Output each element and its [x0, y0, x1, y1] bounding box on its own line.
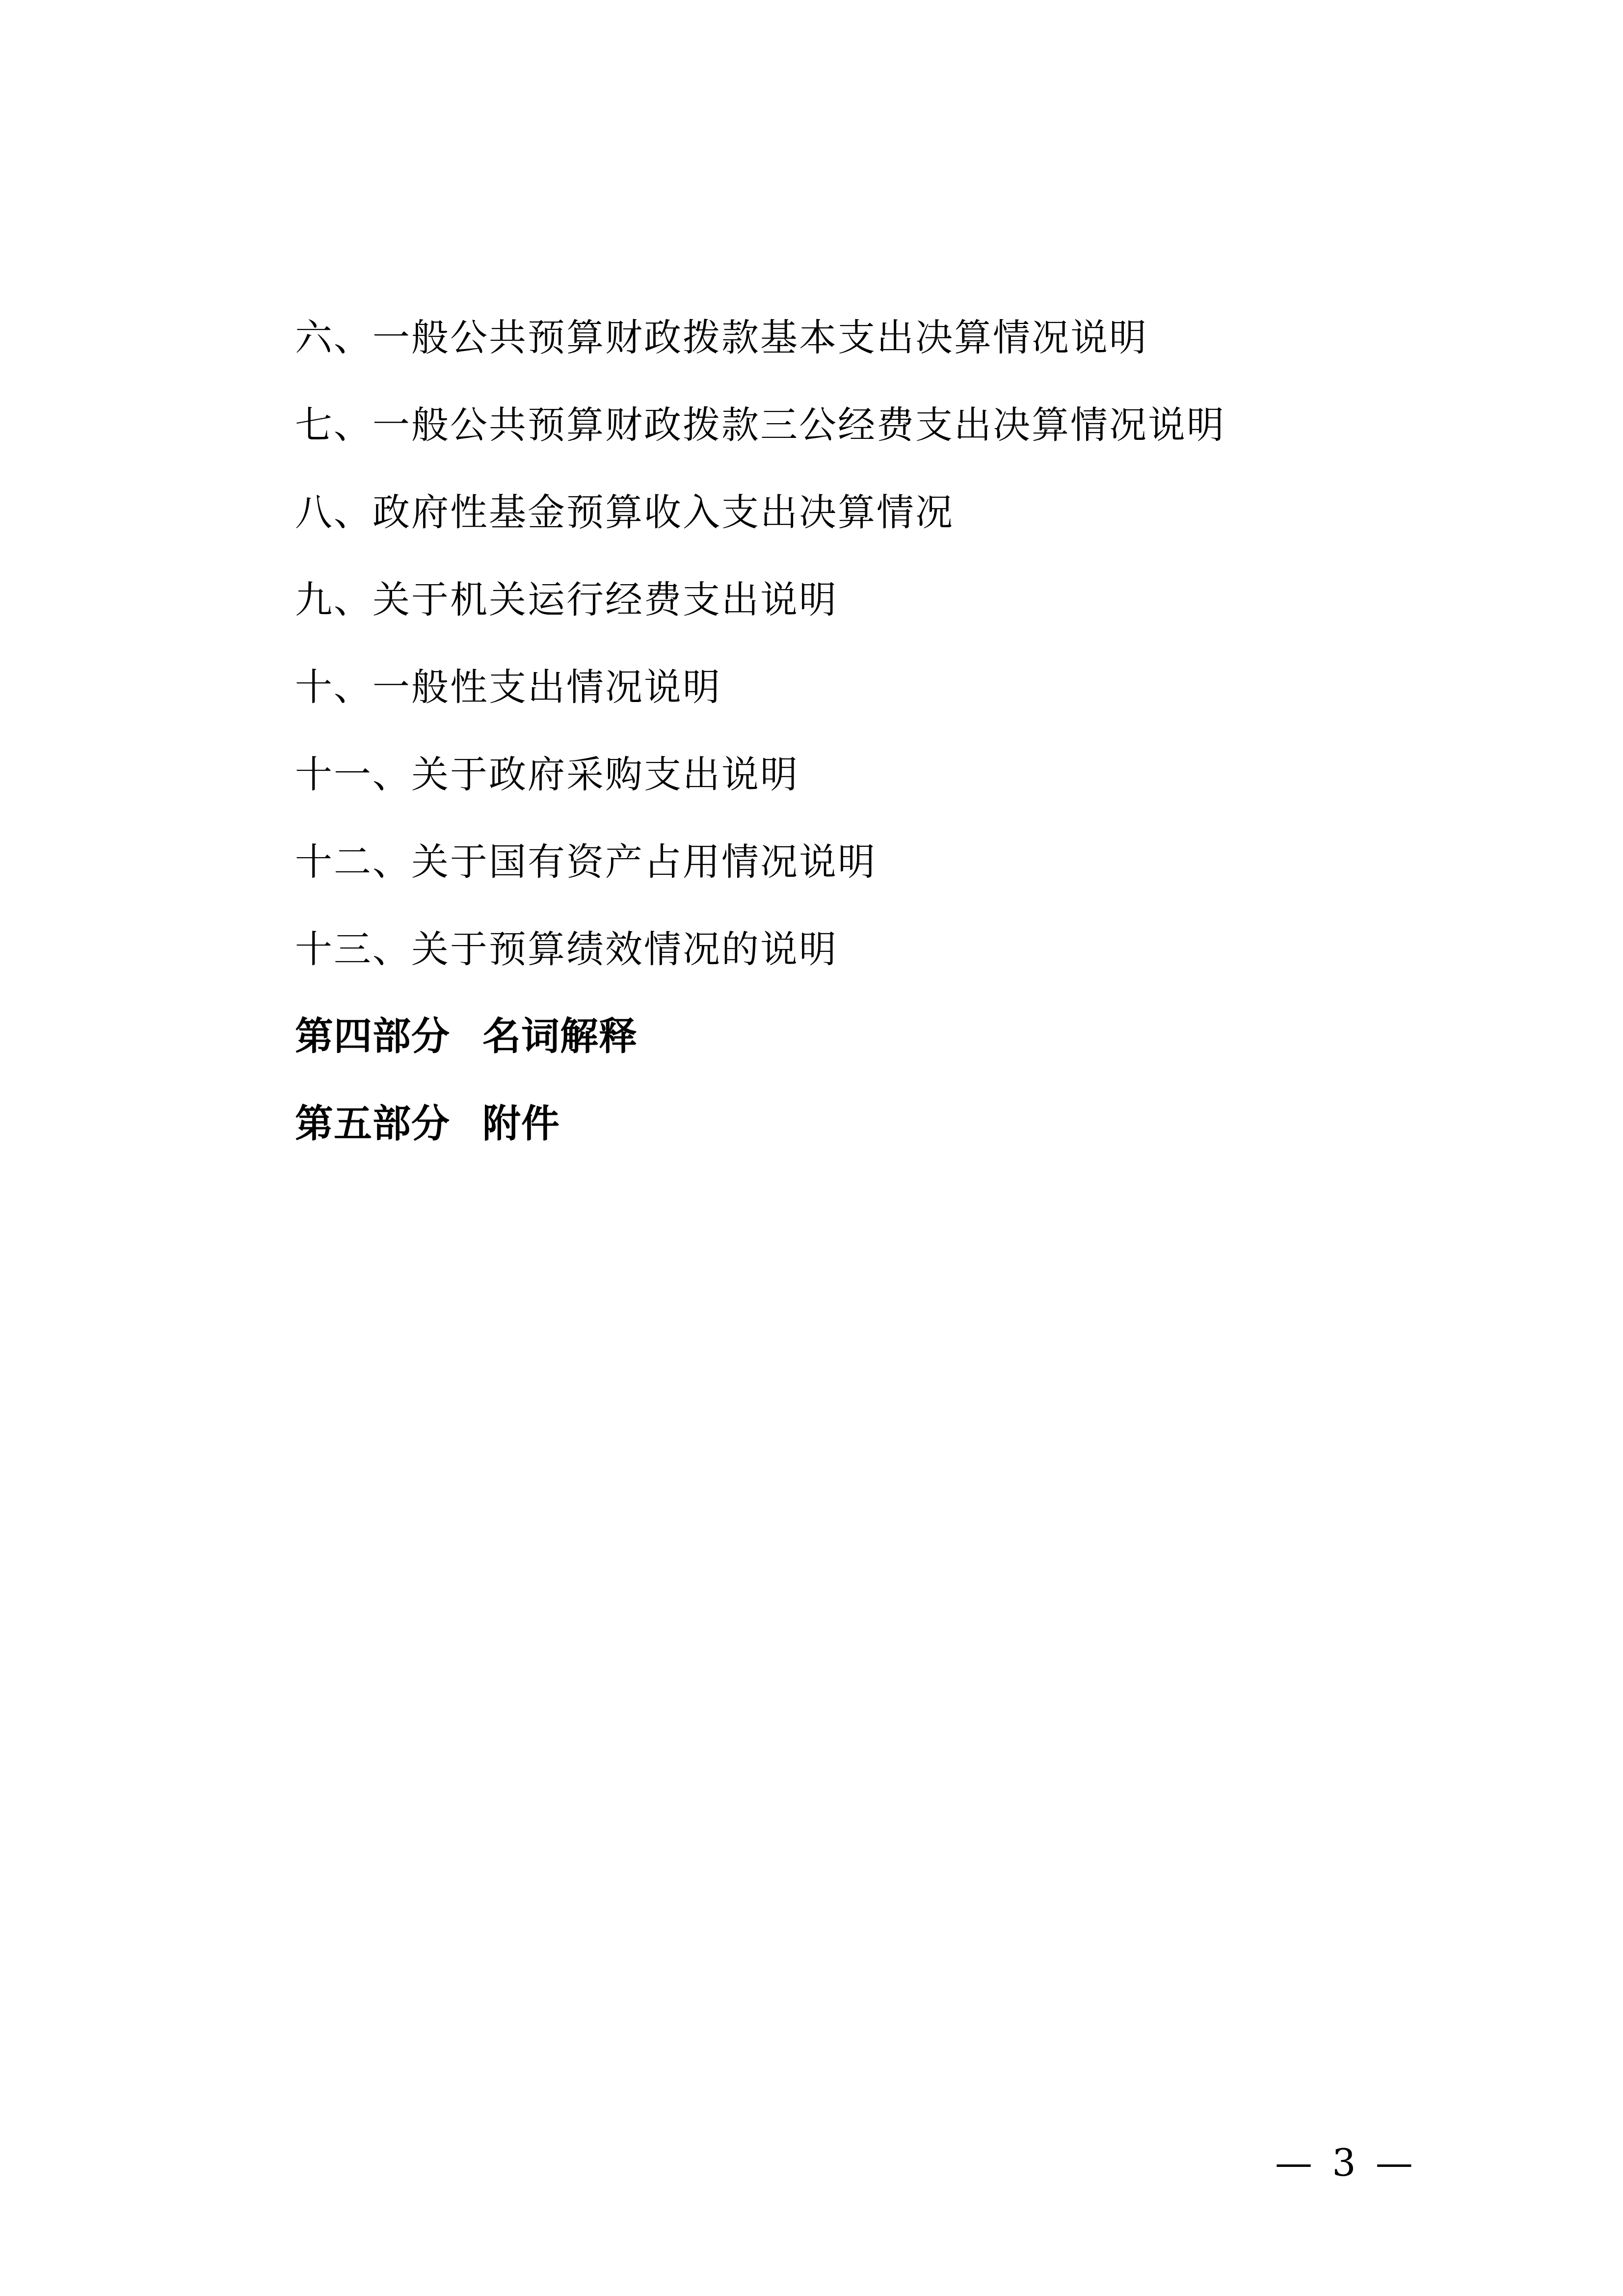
toc-item-6: 六、一般公共预算财政拨款基本支出决算情况说明 [295, 318, 1424, 357]
part-heading-4: 第四部分名词解释 [295, 1017, 1424, 1056]
toc-item-7: 七、一般公共预算财政拨款三公经费支出决算情况说明 [295, 405, 1424, 445]
table-of-contents: 六、一般公共预算财政拨款基本支出决算情况说明 七、一般公共预算财政拨款三公经费支… [295, 318, 1424, 1192]
part-5-spacer [450, 1136, 482, 1137]
toc-item-8: 八、政府性基金预算收入支出决算情况 [295, 493, 1424, 532]
toc-item-13: 十三、关于预算绩效情况的说明 [295, 930, 1424, 969]
part-4-spacer [450, 1049, 482, 1050]
part-5-title: 附件 [482, 1102, 560, 1146]
part-5-label: 第五部分 [295, 1102, 450, 1146]
document-page: 六、一般公共预算财政拨款基本支出决算情况说明 七、一般公共预算财政拨款三公经费支… [0, 0, 1623, 2296]
part-4-label: 第四部分 [295, 1015, 450, 1059]
toc-item-10: 十、一般性支出情况说明 [295, 668, 1424, 707]
toc-item-9: 九、关于机关运行经费支出说明 [295, 580, 1424, 620]
toc-item-12: 十二、关于国有资产占用情况说明 [295, 842, 1424, 882]
toc-item-11: 十一、关于政府采购支出说明 [295, 755, 1424, 794]
page-footer: — 3 — [1275, 2143, 1417, 2183]
part-4-title: 名词解释 [482, 1015, 638, 1059]
page-number: — 3 — [1275, 2141, 1417, 2185]
part-heading-5: 第五部分附件 [295, 1105, 1424, 1144]
